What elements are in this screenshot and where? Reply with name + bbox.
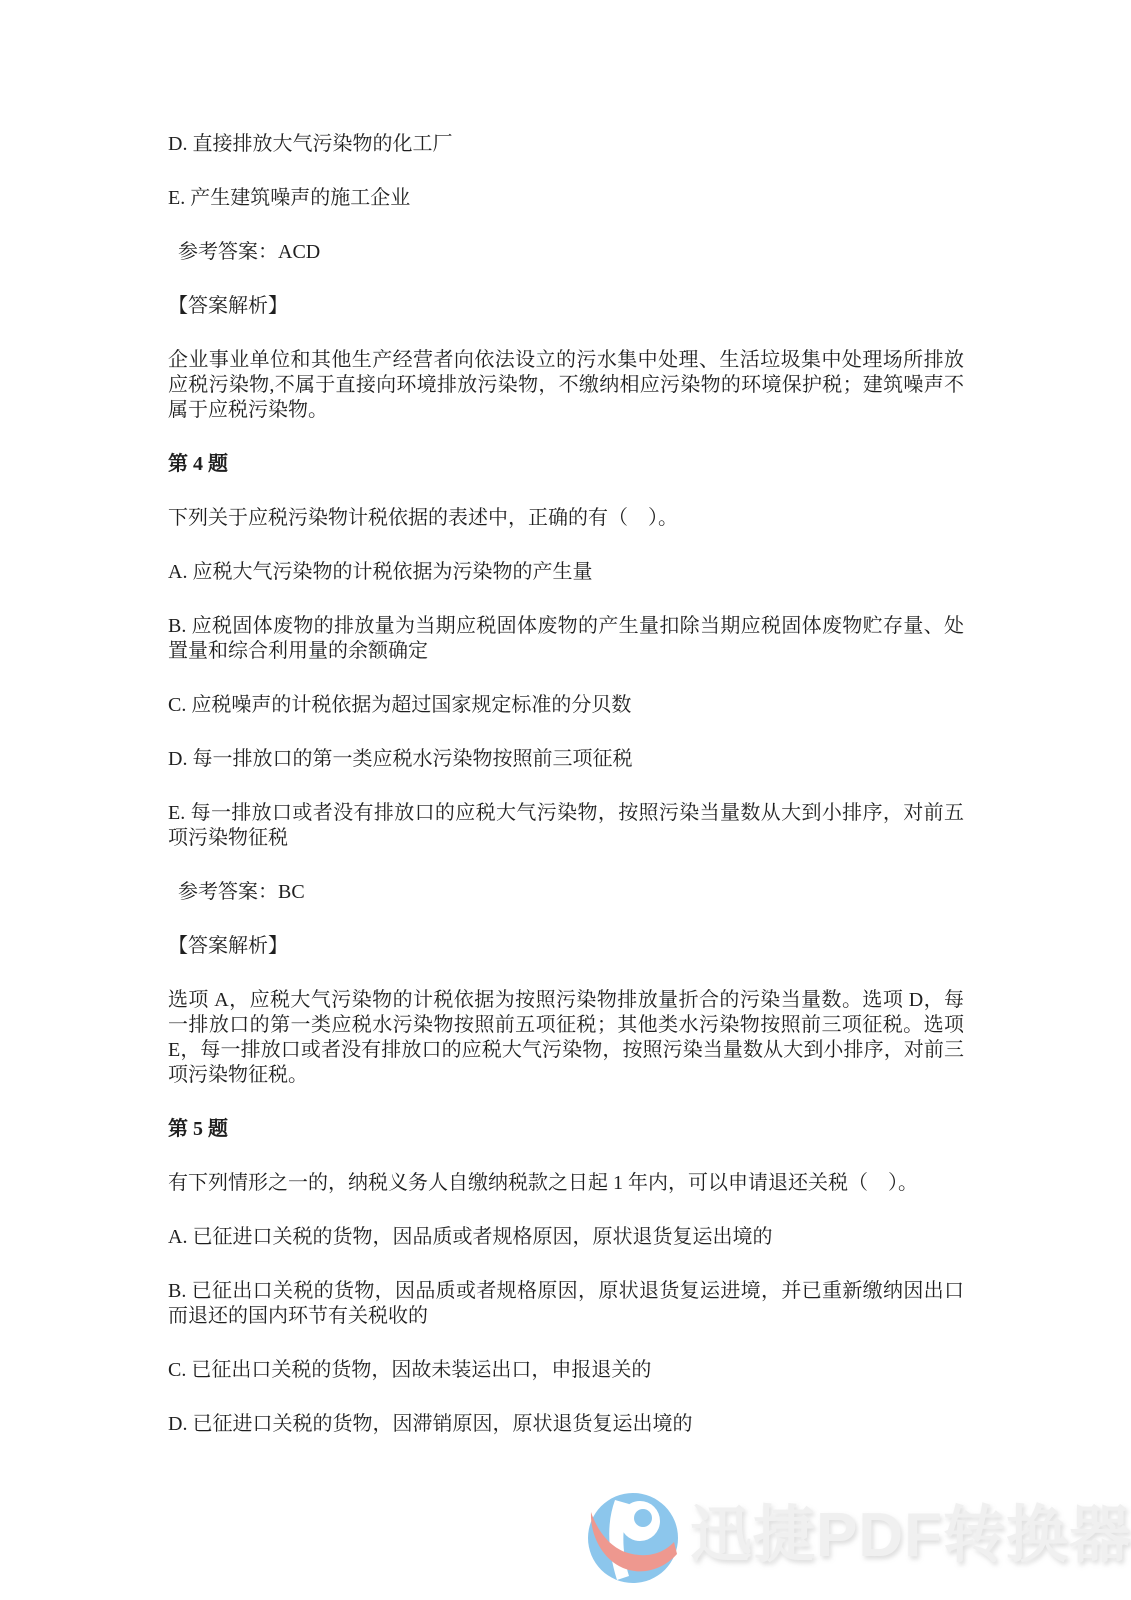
q5-stem: 有下列情形之一的，纳税义务人自缴纳税款之日起 1 年内，可以申请退还关税（ ）。 bbox=[168, 1171, 964, 1196]
q4-analysis-label: 【答案解析】 bbox=[168, 934, 964, 959]
q3-analysis-label: 【答案解析】 bbox=[168, 294, 964, 319]
q4-option-a: A. 应税大气污染物的计税依据为污染物的产生量 bbox=[168, 560, 964, 585]
q5-option-c: C. 已征出口关税的货物，因故未装运出口，申报退关的 bbox=[168, 1358, 964, 1383]
pdf-converter-logo-icon bbox=[587, 1492, 679, 1584]
q3-reference-answer: 参考答案：ACD bbox=[168, 240, 964, 265]
q4-option-b: B. 应税固体废物的排放量为当期应税固体废物的产生量扣除当期应税固体废物贮存量、… bbox=[168, 614, 964, 664]
q4-option-c: C. 应税噪声的计税依据为超过国家规定标准的分贝数 bbox=[168, 693, 964, 718]
q4-analysis-text: 选项 A，应税大气污染物的计税依据为按照污染物排放量折合的污染当量数。选项 D，… bbox=[168, 988, 964, 1088]
pdf-page: D. 直接排放大气污染物的化工厂 E. 产生建筑噪声的施工企业 参考答案：ACD… bbox=[0, 0, 1131, 1437]
q5-option-a: A. 已征进口关税的货物，因品质或者规格原因，原状退货复运出境的 bbox=[168, 1225, 964, 1250]
q4-reference-answer: 参考答案：BC bbox=[168, 880, 964, 905]
q4-stem: 下列关于应税污染物计税依据的表述中，正确的有（ ）。 bbox=[168, 506, 964, 531]
q3-option-e: E. 产生建筑噪声的施工企业 bbox=[168, 186, 964, 211]
q4-heading: 第 4 题 bbox=[168, 452, 964, 477]
q4-option-e: E. 每一排放口或者没有排放口的应税大气污染物，按照污染当量数从大到小排序，对前… bbox=[168, 801, 964, 851]
q5-option-d: D. 已征进口关税的货物，因滞销原因，原状退货复运出境的 bbox=[168, 1412, 964, 1437]
watermark-text: 迅捷PDF转换器 bbox=[690, 1485, 1131, 1574]
watermark: 迅捷PDF转换器 bbox=[587, 1492, 1131, 1584]
q4-option-d: D. 每一排放口的第一类应税水污染物按照前三项征税 bbox=[168, 747, 964, 772]
q5-option-b: B. 已征出口关税的货物，因品质或者规格原因，原状退货复运进境，并已重新缴纳因出… bbox=[168, 1279, 964, 1329]
q3-option-d: D. 直接排放大气污染物的化工厂 bbox=[168, 132, 964, 157]
q5-heading: 第 5 题 bbox=[168, 1117, 964, 1142]
q3-analysis-text: 企业事业单位和其他生产经营者向依法设立的污水集中处理、生活垃圾集中处理场所排放应… bbox=[168, 348, 964, 423]
